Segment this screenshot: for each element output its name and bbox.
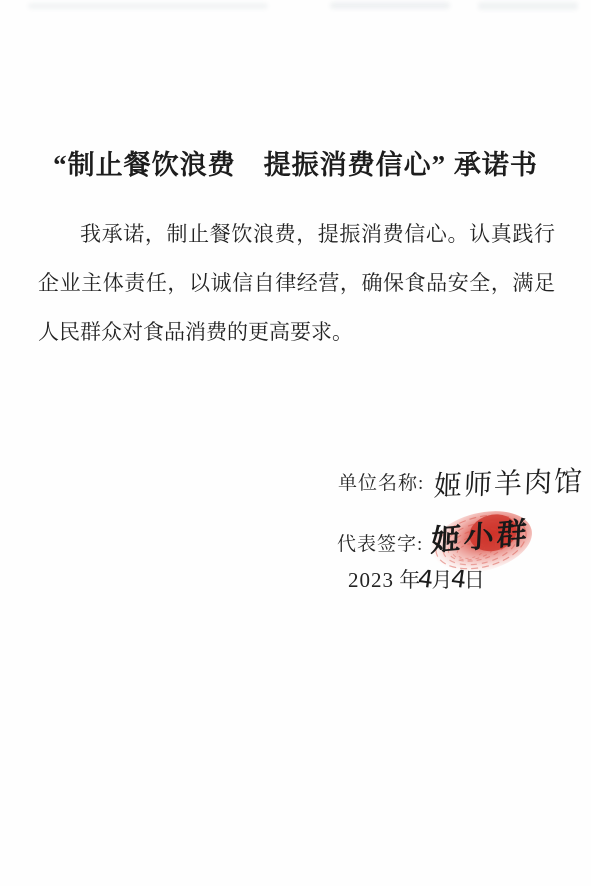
date-line: 2023 年4月4日: [348, 564, 486, 594]
date-year: 2023: [348, 568, 394, 592]
unit-name-label: 单位名称:: [338, 473, 424, 494]
representative-signature-row: 代表签字:: [337, 516, 549, 568]
document-page: “制止餐饮浪费 提振消费信心” 承诺书 我承诺，制止餐饮浪费，提振消费信心。认真…: [0, 0, 591, 886]
signature-area: 姬小群: [429, 516, 549, 568]
unit-name-handwritten-value: 姬师羊肉馆: [434, 459, 585, 504]
signature-block: 单位名称: 姬师羊肉馆 代表签字:: [0, 0, 591, 886]
unit-name-row: 单位名称: 姬师羊肉馆: [338, 462, 584, 502]
representative-signature-label: 代表签字:: [337, 534, 423, 555]
signature-handwritten-value: 姬小群: [430, 508, 531, 561]
date-day-handwritten: 4: [449, 564, 468, 594]
